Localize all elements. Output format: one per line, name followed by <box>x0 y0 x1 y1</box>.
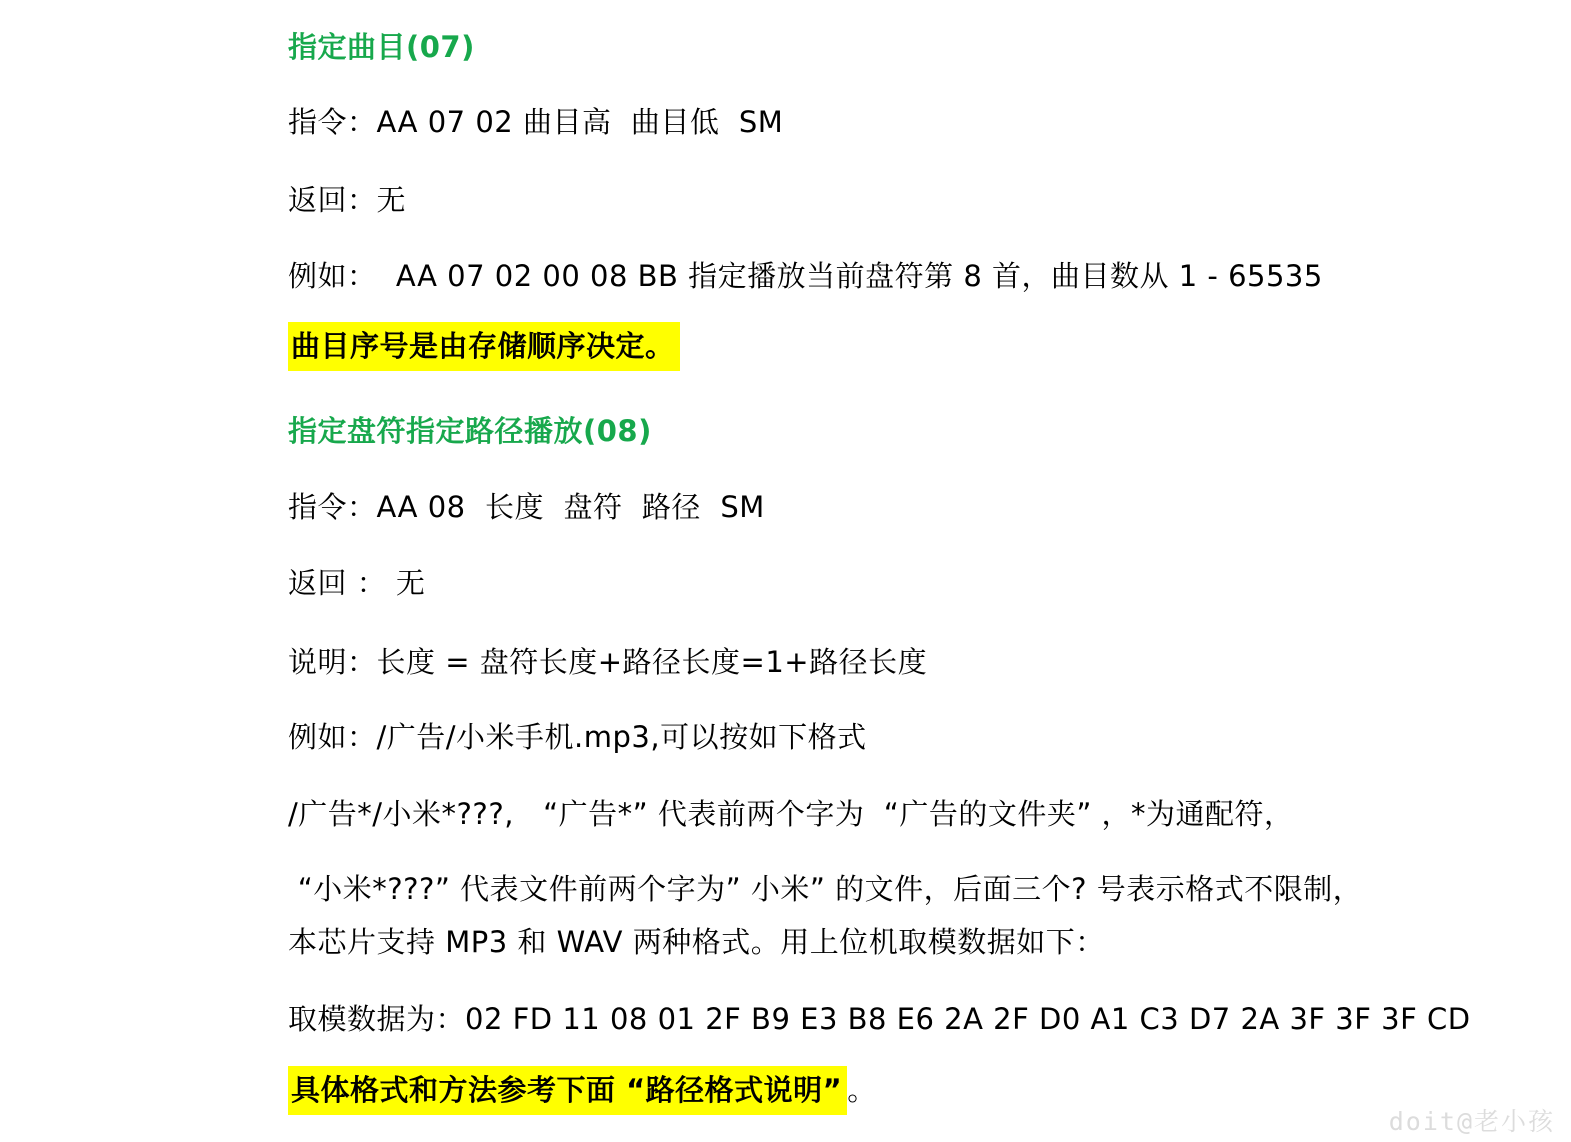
doc-line-path-wildcard-1: /广告*/小米*???, “广告*” 代表前两个字为 “广告的文件夹” ，*为通… <box>288 796 1294 832</box>
doc-line-path-wildcard-2: “小米*???” 代表文件前两个字为” 小米” 的文件，后面三个? 号表示格式不… <box>288 871 1362 907</box>
doc-line-pattern-data: 取模数据为：02 FD 11 08 01 2F B9 E3 B8 E6 2A 2… <box>288 1001 1471 1037</box>
section-heading-specify-drive-path-play: 指定盘符指定路径播放(08) <box>288 413 652 449</box>
note-suffix-period: 。 <box>847 1073 877 1107</box>
highlighted-note-path-format: 具体格式和方法参考下面 “路径格式说明” <box>288 1066 847 1115</box>
doc-line-note-08: 具体格式和方法参考下面 “路径格式说明”。 <box>288 1072 877 1108</box>
doc-line-example-07: 例如： AA 07 02 00 08 BB 指定播放当前盘符第 8 首，曲目数从… <box>288 258 1323 294</box>
doc-line-example-08: 例如：/广告/小米手机.mp3,可以按如下格式 <box>288 719 867 755</box>
doc-line-command-07: 指令：AA 07 02 曲目高 曲目低 SM <box>288 104 783 140</box>
watermark-text: doit@老小孩 <box>1389 1102 1555 1138</box>
doc-line-note-07: 曲目序号是由存储顺序决定。 <box>288 328 680 364</box>
document-page: 指定曲目(07) 指令：AA 07 02 曲目高 曲目低 SM 返回：无 例如：… <box>0 0 1571 1142</box>
doc-line-command-08: 指令：AA 08 长度 盘符 路径 SM <box>288 489 765 525</box>
highlighted-note-track-order: 曲目序号是由存储顺序决定。 <box>288 322 680 371</box>
doc-line-return-08: 返回 ： 无 <box>288 565 425 601</box>
section-heading-specify-track: 指定曲目(07) <box>288 29 475 65</box>
doc-line-format-support: 本芯片支持 MP3 和 WAV 两种格式。用上位机取模数据如下： <box>288 924 1105 960</box>
doc-line-description-08: 说明：长度 = 盘符长度+路径长度=1+路径长度 <box>288 644 927 680</box>
doc-line-return-07: 返回：无 <box>288 182 406 218</box>
